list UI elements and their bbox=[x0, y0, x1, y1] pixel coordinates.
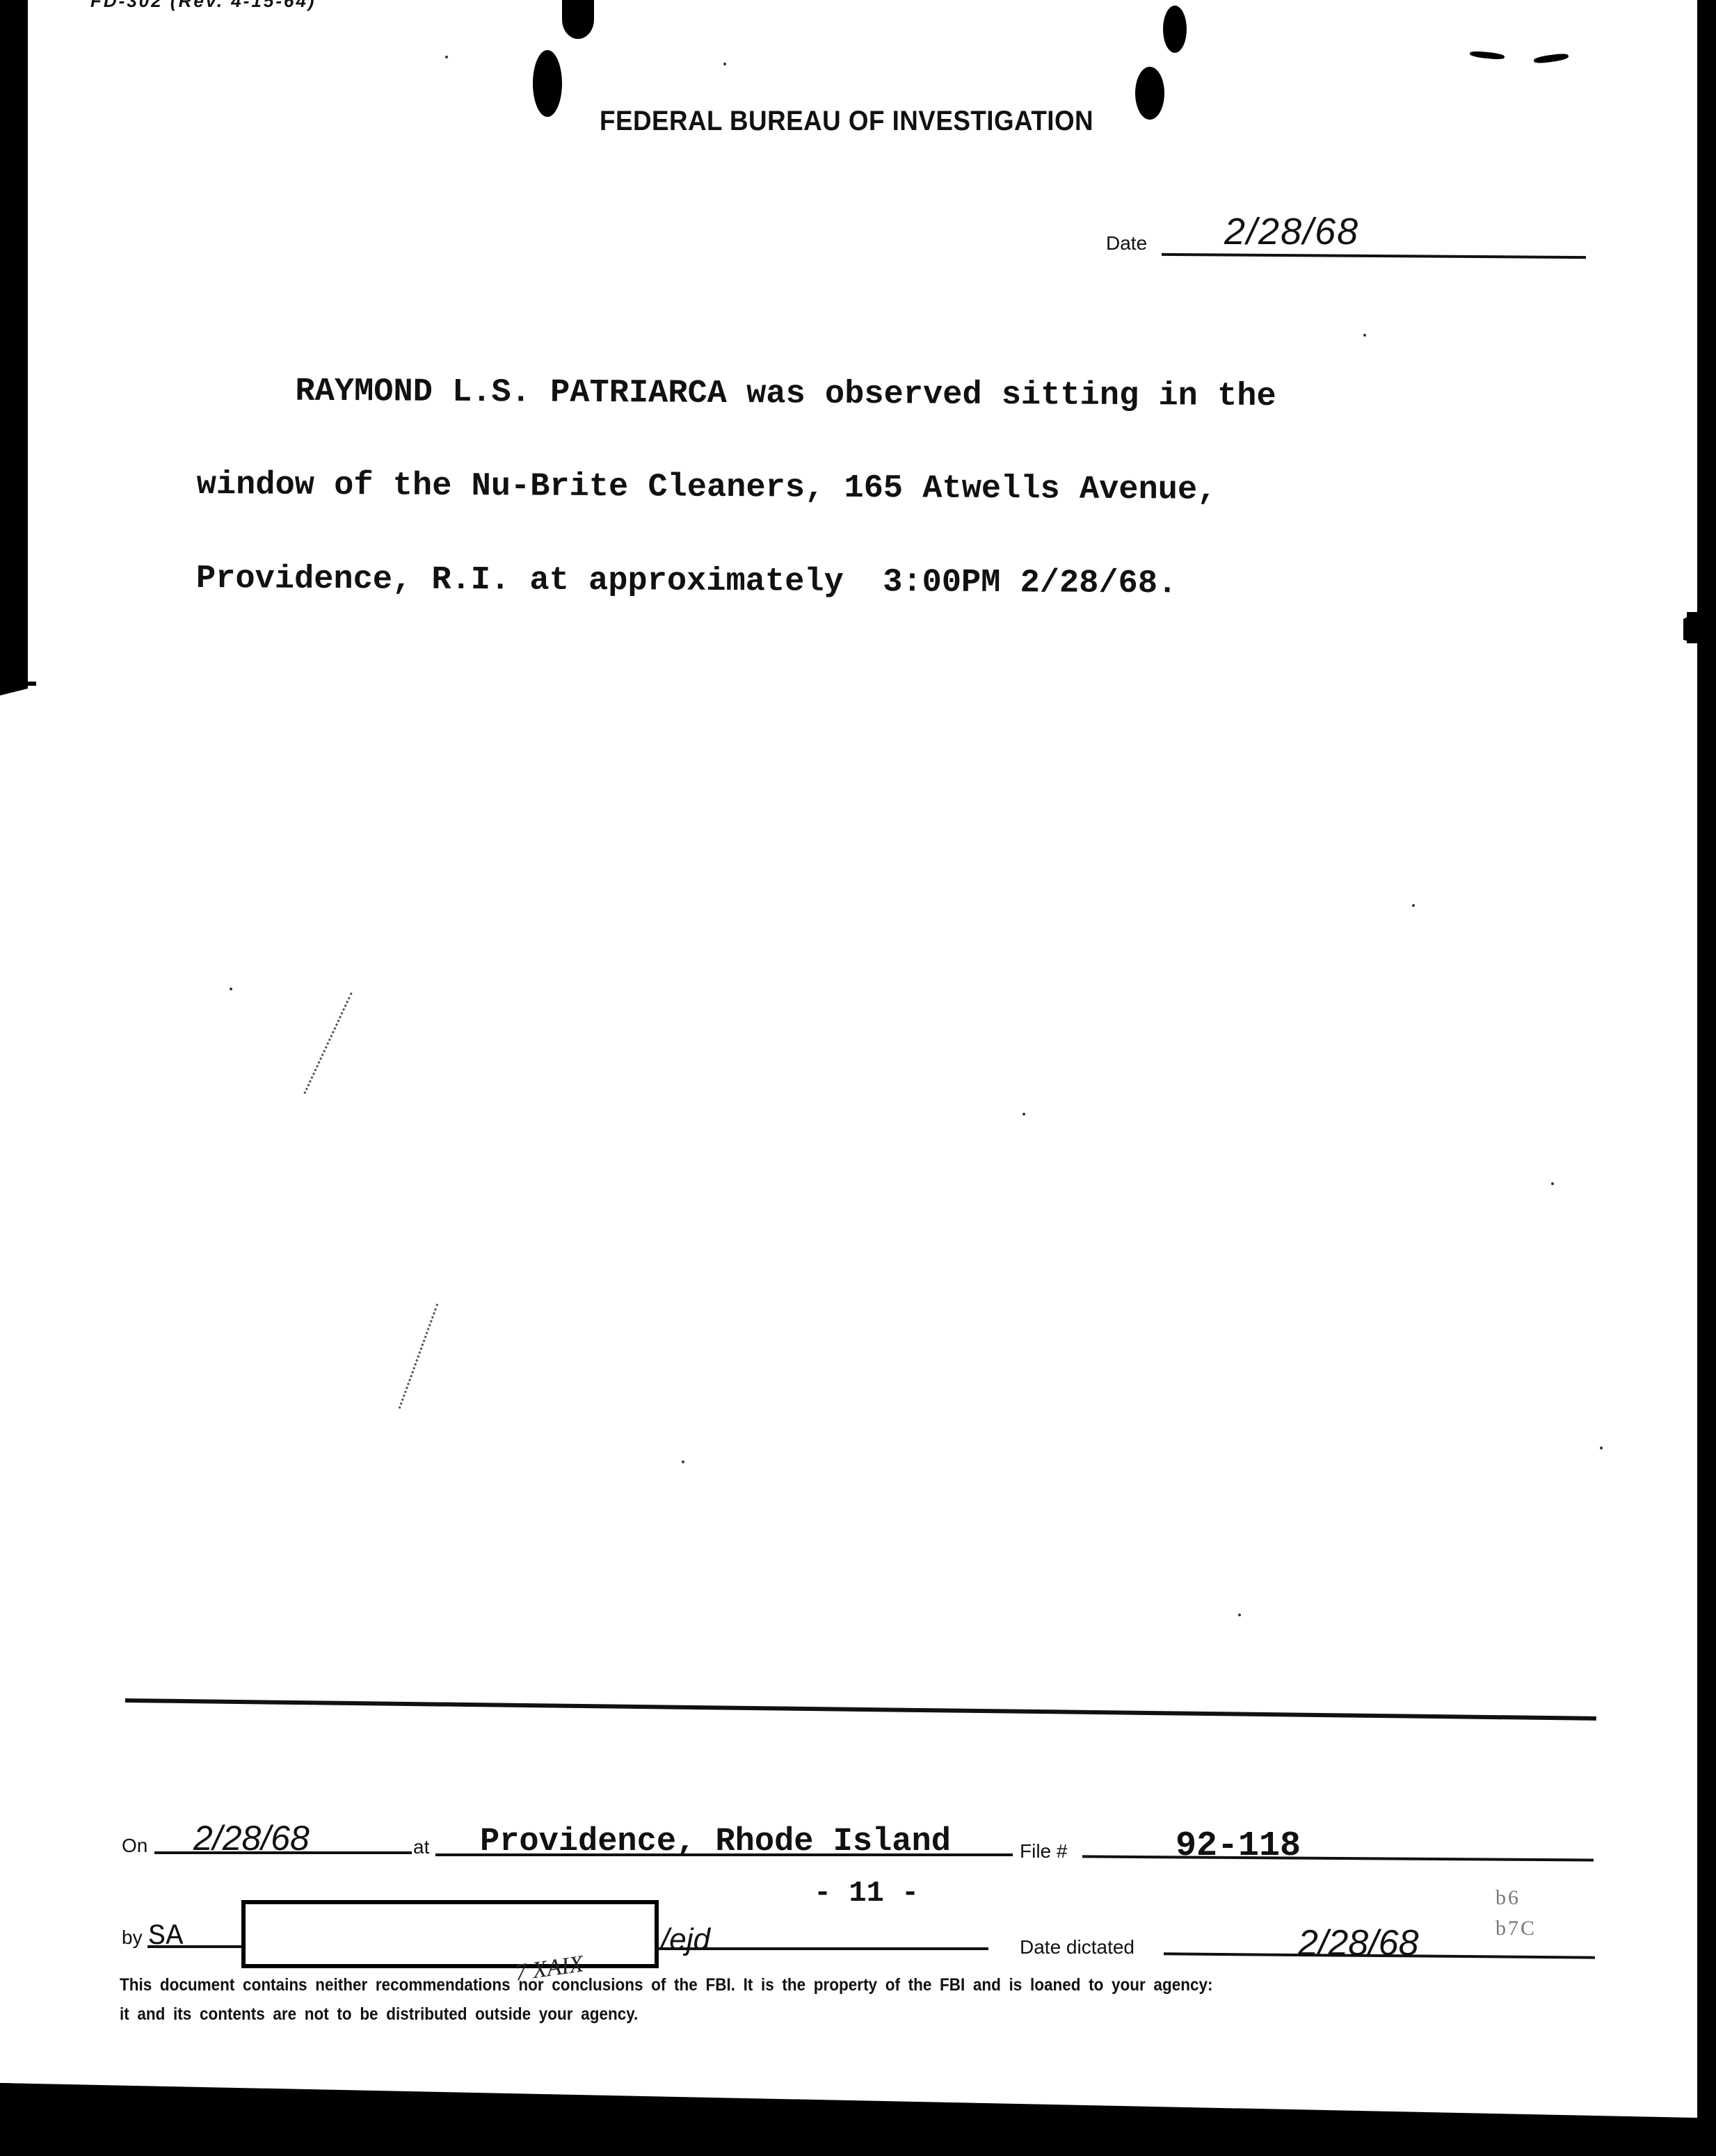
observation-text: RAYMOND L.S. PATRIARCA was observed sitt… bbox=[196, 313, 1277, 631]
file-number-value: 92-118 bbox=[1176, 1826, 1301, 1866]
date-dictated-value: 2/28/68 bbox=[1298, 1922, 1419, 1964]
redacted-agent-name bbox=[241, 1900, 659, 1968]
body-line: RAYMOND L.S. PATRIARCA was observed sitt… bbox=[197, 376, 1276, 412]
scan-speck bbox=[1363, 334, 1366, 337]
scan-left-notch bbox=[0, 682, 36, 686]
on-label: On bbox=[122, 1835, 147, 1857]
on-date-value: 2/28/68 bbox=[193, 1818, 310, 1858]
agency-title: FEDERAL BUREAU OF INVESTIGATION bbox=[600, 106, 1093, 137]
scan-speck bbox=[1551, 1182, 1554, 1185]
disclaimer-line: This document contains neither recommend… bbox=[120, 1970, 1447, 2000]
scan-right-border bbox=[1697, 0, 1716, 2156]
date-value: 2/28/68 bbox=[1224, 210, 1359, 253]
file-label: File # bbox=[1020, 1840, 1067, 1863]
date-dictated-label: Date dictated bbox=[1020, 1936, 1134, 1958]
body-line: Providence, R.I. at approximately 3:00PM… bbox=[196, 563, 1275, 600]
disclaimer-line: it and its contents are not to be distri… bbox=[120, 2000, 1447, 2029]
scan-speck bbox=[1238, 1614, 1241, 1616]
form-number: FD-302 (Rev. 4-15-64) bbox=[90, 0, 316, 12]
by-label: by bbox=[122, 1926, 143, 1949]
disclaimer: This document contains neither recommend… bbox=[120, 1970, 1447, 2029]
page-marker: - 11 - bbox=[814, 1876, 919, 1910]
punch-hole-icon bbox=[533, 50, 562, 117]
date-label: Date bbox=[1106, 232, 1147, 255]
redaction-code: b7C bbox=[1496, 1917, 1537, 1940]
punch-hole-icon bbox=[562, 0, 594, 39]
scan-speck bbox=[1023, 1113, 1025, 1116]
scan-right-tab bbox=[1687, 612, 1702, 643]
scan-speck bbox=[723, 63, 726, 65]
scan-speck bbox=[230, 988, 232, 990]
punch-hole-icon bbox=[1163, 6, 1187, 53]
punch-hole-icon bbox=[1135, 67, 1164, 120]
scan-left-border bbox=[0, 0, 28, 689]
at-location-value: Providence, Rhode Island bbox=[480, 1824, 951, 1860]
redaction-code: b6 bbox=[1496, 1886, 1521, 1910]
scan-speck bbox=[682, 1461, 684, 1463]
at-label: at bbox=[413, 1836, 429, 1858]
scan-speck bbox=[445, 56, 448, 58]
scan-speck bbox=[1412, 904, 1415, 907]
by-agent-prefix: SA bbox=[148, 1920, 183, 1953]
typist-initials: /ejd bbox=[661, 1922, 710, 1957]
date-field: Date 2/28/68 bbox=[1106, 216, 1586, 257]
scan-speck bbox=[1600, 1447, 1603, 1449]
body-line: window of the Nu-Brite Cleaners, 165 Atw… bbox=[197, 469, 1276, 506]
